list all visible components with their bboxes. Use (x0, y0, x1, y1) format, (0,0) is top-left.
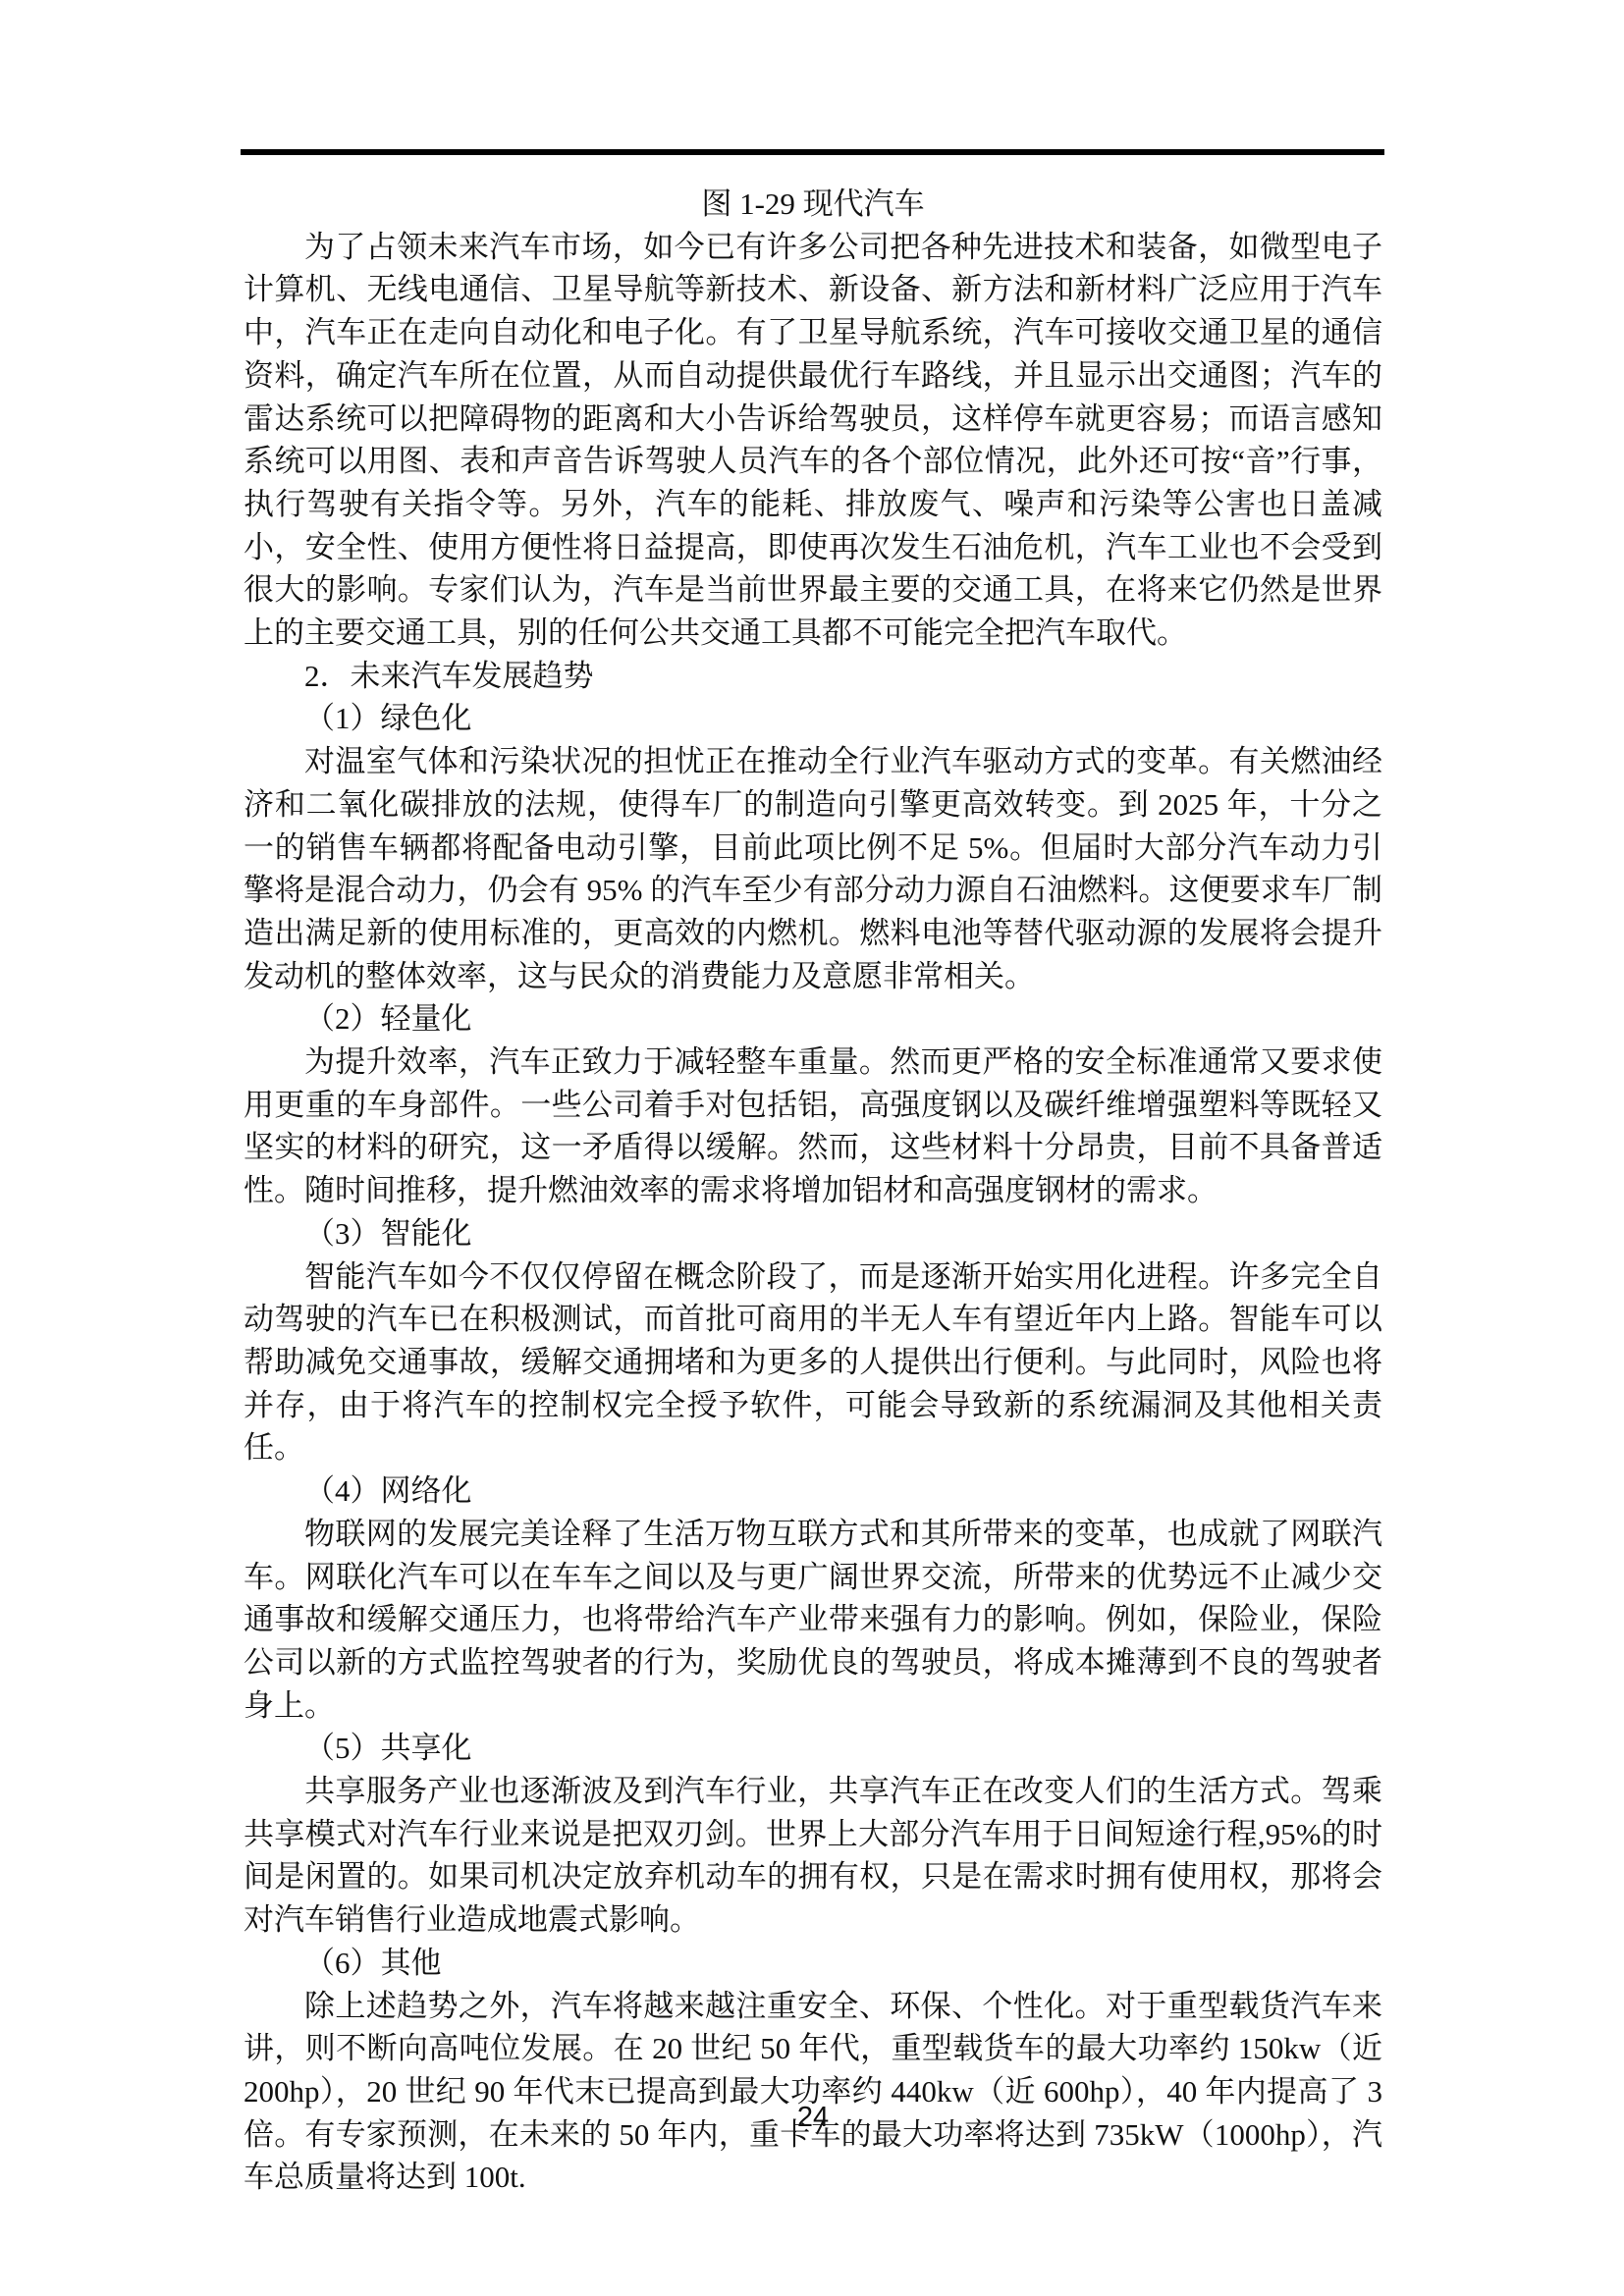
paragraph-lightweight: 为提升效率，汽车正致力于减轻整车重量。然而更严格的安全标准通常又要求使用更重的车… (244, 1041, 1382, 1212)
subsection-heading-networked: （4）网络化 (244, 1469, 1382, 1513)
figure-caption: 图 1-29 现代汽车 (244, 183, 1382, 226)
subsection-heading-other: （6）其他 (244, 1942, 1382, 1985)
subsection-heading-shared: （5）共享化 (244, 1727, 1382, 1770)
paragraph-green: 对温室气体和污染状况的担忧正在推动全行业汽车驱动方式的变革。有关燃油经济和二氧化… (244, 740, 1382, 997)
subsection-heading-green: （1）绿色化 (244, 697, 1382, 740)
subsection-heading-lightweight: （2）轻量化 (244, 997, 1382, 1041)
paragraph-networked: 物联网的发展完美诠释了生活万物互联方式和其所带来的变革，也成就了网联汽车。网联化… (244, 1513, 1382, 1728)
subsection-heading-intelligent: （3）智能化 (244, 1212, 1382, 1255)
paragraph-intelligent: 智能汽车如今不仅仅停留在概念阶段了，而是逐渐开始实用化进程。许多完全自动驾驶的汽… (244, 1255, 1382, 1470)
document-body: 图 1-29 现代汽车 为了占领未来汽车市场，如今已有许多公司把各种先进技术和装… (244, 183, 1382, 2199)
header-rule (241, 149, 1384, 155)
page-number: 24 (244, 2101, 1382, 2134)
paragraph-shared: 共享服务产业也逐渐波及到汽车行业，共享汽车正在改变人们的生活方式。驾乘共享模式对… (244, 1770, 1382, 1942)
section-heading-future-trends: 2．未来汽车发展趋势 (244, 655, 1382, 698)
document-page: 图 1-29 现代汽车 为了占领未来汽车市场，如今已有许多公司把各种先进技术和装… (0, 0, 1624, 2296)
paragraph-other: 除上述趋势之外，汽车将越来越注重安全、环保、个性化。对于重型载货汽车来讲，则不断… (244, 1985, 1382, 2200)
paragraph-intro: 为了占领未来汽车市场，如今已有许多公司把各种先进技术和装备，如微型电子计算机、无… (244, 226, 1382, 655)
